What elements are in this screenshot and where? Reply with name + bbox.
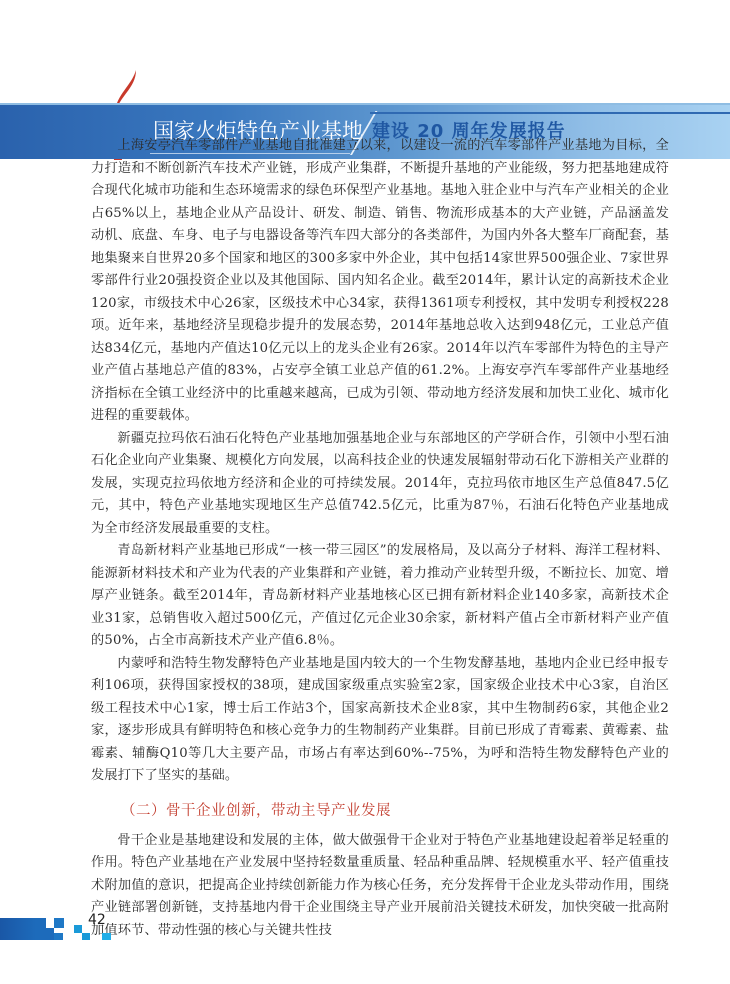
pixel-blocks-decoration-icon (0, 916, 90, 948)
paragraph-anting: 上海安亭汽车零部件产业基地自批准建立以来，以建设一流的汽车零部件产业基地为目标，… (91, 135, 669, 428)
paragraph-karamay: 新疆克拉玛依石油石化特色产业基地加强基地企业与东部地区的产学研合作，引领中小型石… (91, 428, 669, 541)
paragraph-hohhot: 内蒙呼和浩特生物发酵特色产业基地是国内较大的一个生物发酵基地，基地内企业已经申报… (91, 653, 669, 788)
page-content: 上海安亭汽车零部件产业基地自批准建立以来，以建设一流的汽车零部件产业基地为目标，… (91, 135, 669, 942)
paragraph-backbone-enterprises: 骨干企业是基地建设和发展的主体，做大做强骨干企业对于特色产业基地建设起着举足轻重… (91, 830, 669, 943)
section-heading: （二）骨干企业创新，带动主导产业发展 (91, 799, 669, 820)
page-number: 42 (88, 912, 106, 928)
paragraph-qingdao: 青岛新材料产业基地已形成“一核一带三园区”的发展格局，及以高分子材料、海洋工程材… (91, 540, 669, 653)
subtitle-rule (370, 112, 730, 114)
